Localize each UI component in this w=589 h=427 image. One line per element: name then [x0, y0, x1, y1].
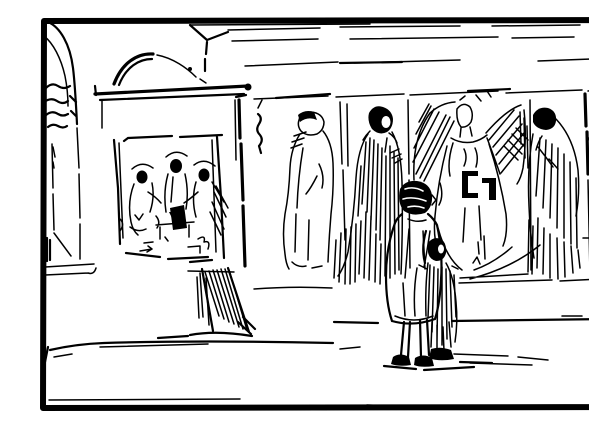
icon-right-figure-head	[199, 169, 210, 182]
veiled-figure-face	[382, 116, 391, 128]
illustration	[40, 16, 589, 411]
sketch-canvas	[40, 16, 589, 411]
child-face	[438, 245, 444, 254]
icon-center-figure-head	[170, 159, 182, 173]
icon-left-figure-head	[137, 171, 148, 184]
stand-knob	[245, 84, 252, 91]
stand-dome-dot	[188, 67, 192, 71]
